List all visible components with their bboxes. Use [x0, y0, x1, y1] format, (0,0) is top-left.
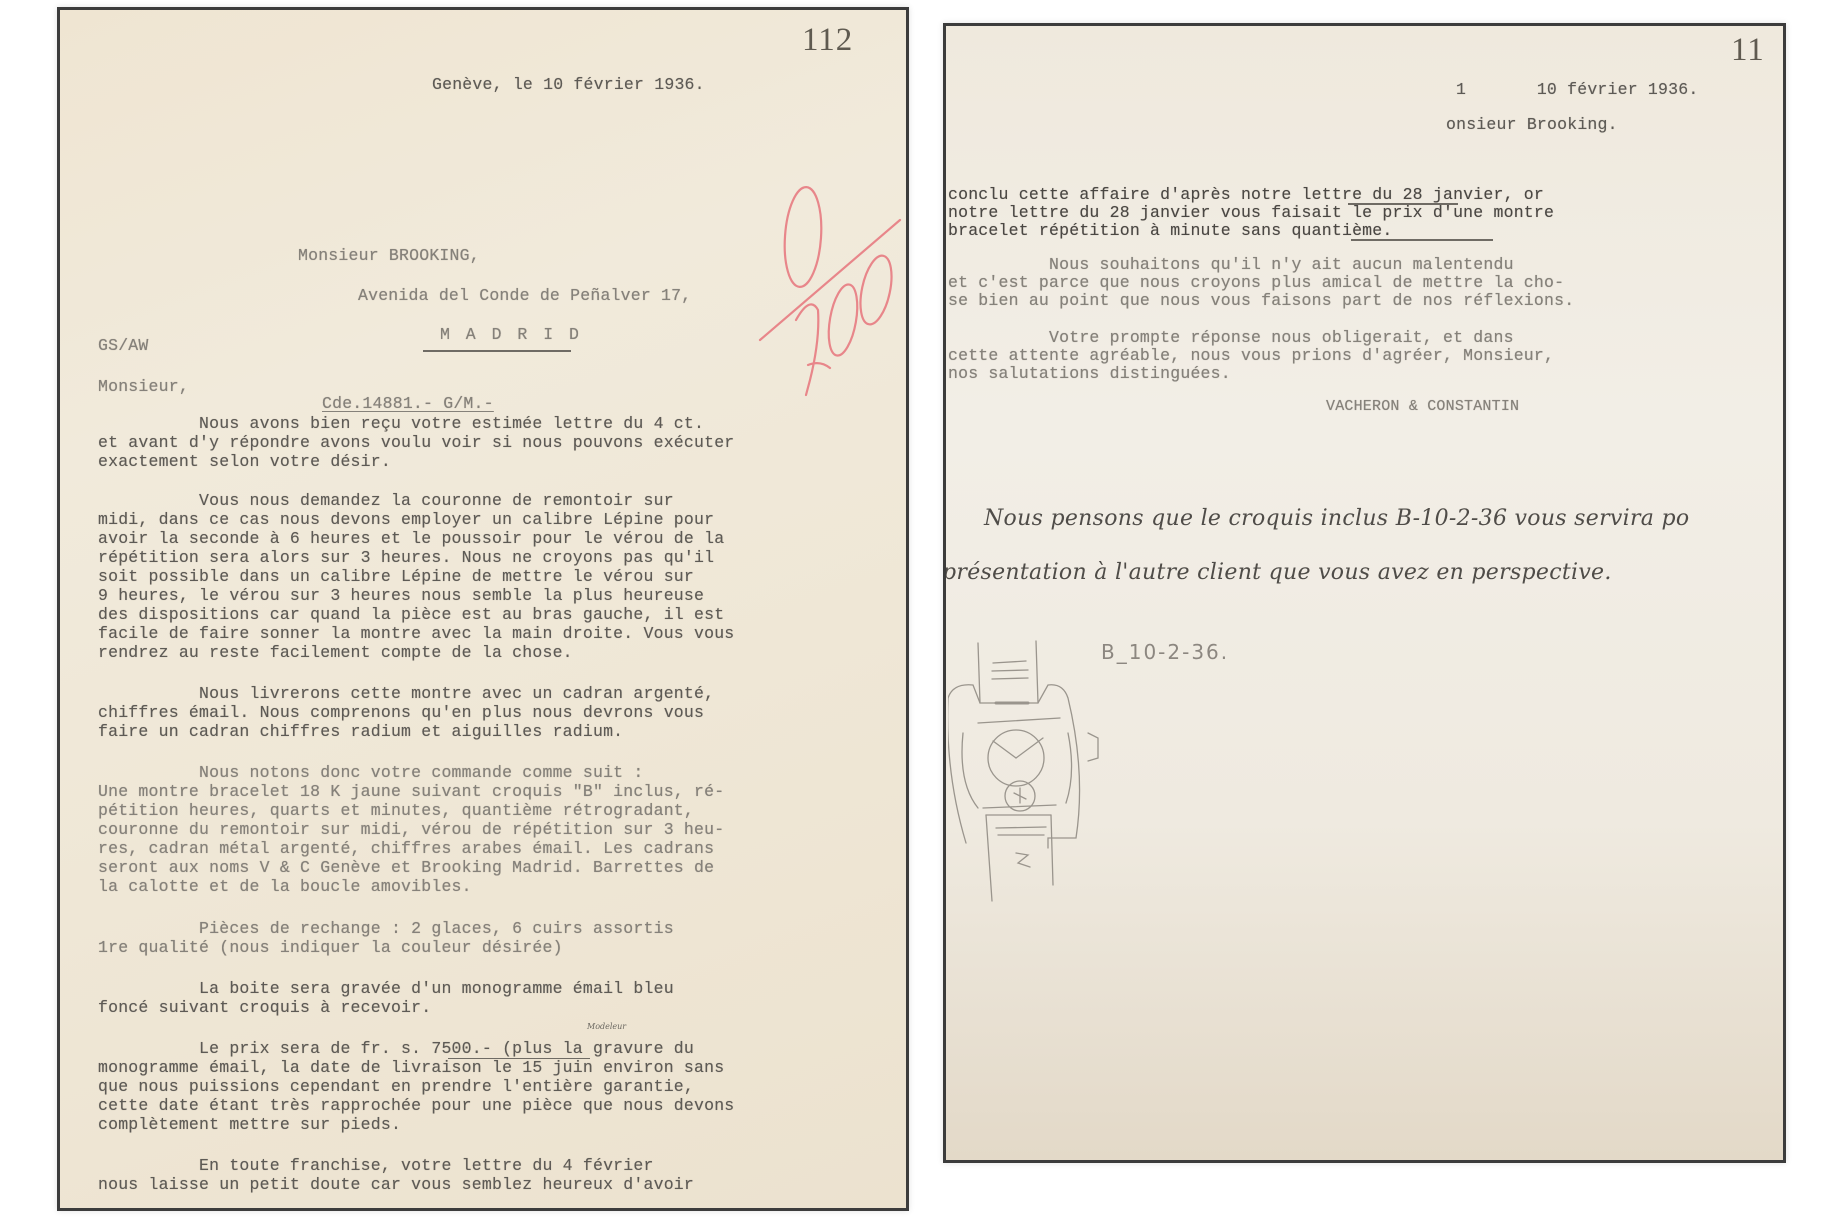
text-line: rendrez au reste facilement compte de la… [98, 644, 573, 662]
price-underline [448, 1058, 590, 1059]
sketch-label: B_10-2-36. [1101, 640, 1229, 664]
handwritten-note-line-1: Nous pensons que le croquis inclus B-10-… [984, 506, 1689, 531]
text-line: exactement selon votre désir. [98, 453, 391, 471]
text-line: pétition heures, quarts et minutes, quan… [98, 802, 694, 820]
recipient-address: Avenida del Conde de Peñalver 17, [358, 287, 691, 305]
text-line: cette date étant très rapprochée pour un… [98, 1097, 734, 1115]
text-line: complètement mettre sur pieds. [98, 1116, 401, 1134]
text-line: Nous souhaitons qu'il n'y ait aucun male… [948, 256, 1514, 274]
text-line: nous laisse un petit doute car vous semb… [98, 1176, 694, 1194]
letter-page-left: 112 Genève, le 10 février 1936. Monsieur… [57, 7, 909, 1211]
text-line: que nous puissions cependant en prendre … [98, 1078, 694, 1096]
handwritten-insert: Modeleur [587, 1022, 626, 1031]
text-line: bracelet répétition à minute sans quanti… [948, 222, 1392, 240]
text-line: nos salutations distinguées. [948, 365, 1231, 383]
page-number: 11 [1731, 32, 1765, 69]
text-line: des dispositions car quand la pièce est … [98, 606, 724, 624]
text-line: seront aux noms V & C Genève et Brooking… [98, 859, 714, 877]
text-line: Nous notons donc votre commande comme su… [98, 764, 644, 782]
letter-page-right: 11 1 10 février 1936. onsieur Brooking. … [943, 23, 1786, 1163]
text-line: En toute franchise, votre lettre du 4 fé… [98, 1157, 654, 1175]
recipient-line: onsieur Brooking. [1446, 116, 1618, 134]
reference-initials: GS/AW [98, 337, 149, 355]
salutation: Monsieur, [98, 378, 189, 396]
text-line: Votre prompte réponse nous obligerait, e… [948, 329, 1514, 347]
text-line: Nous avons bien reçu votre estimée lettr… [98, 415, 704, 433]
text-line: cette attente agréable, nous vous prions… [948, 347, 1554, 365]
text-line: 1re qualité (nous indiquer la couleur dé… [98, 939, 563, 957]
text-line: chiffres émail. Nous comprenons qu'en pl… [98, 704, 704, 722]
text-line: et c'est parce que nous croyons plus ami… [948, 274, 1564, 292]
signature-company: VACHERON & CONSTANTIN [1326, 398, 1519, 416]
red-pencil-annotation [758, 180, 908, 410]
underline-sans-quantieme [1351, 239, 1493, 241]
order-reference: Cde.14881.- G/M.- [322, 395, 494, 413]
text-line: La boite sera gravée d'un monogramme éma… [98, 980, 674, 998]
text-line: res, cadran métal argenté, chiffres arab… [98, 840, 714, 858]
text-line: Pièces de rechange : 2 glaces, 6 cuirs a… [98, 920, 674, 938]
wristwatch-sketch-icon [948, 623, 1118, 903]
text-line: la calotte et de la boucle amovibles. [98, 878, 472, 896]
text-line: se bien au point que nous vous faisons p… [948, 292, 1574, 310]
page-number: 112 [802, 22, 853, 59]
text-line: répétition sera alors sur 3 heures. Nous… [98, 549, 714, 567]
text-line: foncé suivant croquis à recevoir. [98, 999, 431, 1017]
recipient-city: M A D R I D [440, 326, 582, 344]
text-line: et avant d'y répondre avons voulu voir s… [98, 434, 734, 452]
text-line: Le prix sera de fr. s. 7500.- (plus la g… [98, 1040, 694, 1058]
city-underline [423, 350, 571, 352]
text-line: faire un cadran chiffres radium et aigui… [98, 723, 623, 741]
text-line: Nous livrerons cette montre avec un cadr… [98, 685, 714, 703]
text-line: soit possible dans un calibre Lépine de … [98, 568, 694, 586]
text-line: avoir la seconde à 6 heures et le pousso… [98, 530, 724, 548]
text-line: Une montre bracelet 18 K jaune suivant c… [98, 783, 724, 801]
text-line: notre lettre du 28 janvier vous faisait … [948, 204, 1554, 222]
text-line: 9 heures, le vérou sur 3 heures nous sem… [98, 587, 704, 605]
text-line: midi, dans ce cas nous devons employer u… [98, 511, 714, 529]
text-line: monogramme émail, la date de livraison l… [98, 1059, 724, 1077]
text-line: conclu cette affaire d'après notre lettr… [948, 186, 1544, 204]
date-line: Genève, le 10 février 1936. [432, 76, 705, 94]
text-line: facile de faire sonner la montre avec la… [98, 625, 734, 643]
text-line: couronne du remontoir sur midi, vérou de… [98, 821, 724, 839]
text-line: Vous nous demandez la couronne de remont… [98, 492, 674, 510]
handwritten-note-line-2: présentation à l'autre client que vous a… [943, 560, 1612, 585]
underline-notre-lettre [1348, 203, 1458, 205]
recipient-name: Monsieur BROOKING, [298, 247, 480, 265]
date-line: 1 10 février 1936. [1456, 81, 1698, 99]
